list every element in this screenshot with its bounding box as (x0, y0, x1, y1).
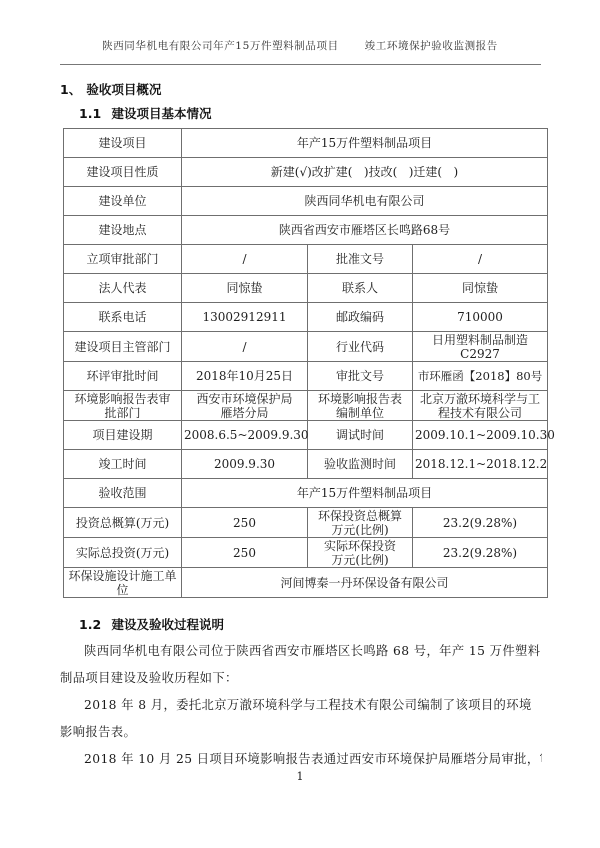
table-row: 建设项目主管部门 / 行业代码 日用塑料制品制造C2927 (64, 332, 548, 362)
subsection-title: 建设项目基本情况 (112, 106, 212, 121)
label-cell: 邮政编码 (308, 303, 413, 332)
label-cell: 投资总概算(万元) (64, 508, 182, 538)
label-cell: 立项审批部门 (64, 245, 182, 274)
section-title: 验收项目概况 (86, 82, 161, 97)
label-cell: 环评审批时间 (64, 362, 182, 391)
subsection-number: 1.1 (79, 106, 101, 121)
label-cell: 实际环保投资万元(比例) (308, 538, 413, 568)
subsection-heading-1-2: 1.2 建设及验收过程说明 (79, 615, 224, 633)
table-row: 环保设施设计施工单位 河间博秦一丹环保设备有限公司 (64, 568, 548, 598)
table-row: 立项审批部门 / 批准文号 / (64, 245, 548, 274)
label-cell: 批准文号 (308, 245, 413, 274)
value-cell: / (413, 245, 548, 274)
table-row: 实际总投资(万元) 250 实际环保投资万元(比例) 23.2(9.28%) (64, 538, 548, 568)
value-cell: 市环雁函【2018】80号 (413, 362, 548, 391)
value-cell: 西安市环境保护局雁塔分局 (182, 391, 308, 421)
label-cell: 环保投资总概算万元(比例) (308, 508, 413, 538)
page-header: 陕西同华机电有限公司年产15万件塑料制品项目竣工环境保护验收监测报告 (60, 38, 540, 62)
header-divider (60, 64, 541, 65)
value-cell: 2009.10.1~2009.10.30 (413, 421, 548, 450)
value-cell: 年产15万件塑料制品项目 (182, 129, 548, 158)
value-cell: 陕西省西安市雁塔区长鸣路68号 (182, 216, 548, 245)
value-cell: 23.2(9.28%) (413, 538, 548, 568)
value-cell: 2018.12.1~2018.12.2 (413, 450, 548, 479)
page-number: 1 (0, 770, 600, 783)
label-cell: 验收范围 (64, 479, 182, 508)
value-cell: / (182, 332, 308, 362)
project-info-table: 建设项目 年产15万件塑料制品项目 建设项目性质 新建(√)改扩建( )技改( … (63, 128, 548, 598)
value-cell: 250 (182, 538, 308, 568)
value-cell: 河间博秦一丹环保设备有限公司 (182, 568, 548, 598)
label-cell: 环境影响报告表审批部门 (64, 391, 182, 421)
table-row: 投资总概算(万元) 250 环保投资总概算万元(比例) 23.2(9.28%) (64, 508, 548, 538)
label-cell: 环保设施设计施工单位 (64, 568, 182, 598)
subsection-title: 建设及验收过程说明 (112, 617, 225, 632)
value-cell: 同惊蛰 (182, 274, 308, 303)
table-row: 法人代表 同惊蛰 联系人 同惊蛰 (64, 274, 548, 303)
table-row: 环境影响报告表审批部门 西安市环境保护局雁塔分局 环境影响报告表编制单位 北京万… (64, 391, 548, 421)
paragraph: 陕西同华机电有限公司位于陕西省西安市雁塔区长鸣路 68 号，年产 15 万件塑料… (60, 638, 542, 692)
table-row: 项目建设期 2008.6.5~2009.9.30 调试时间 2009.10.1~… (64, 421, 548, 450)
table-row: 验收范围 年产15万件塑料制品项目 (64, 479, 548, 508)
label-cell: 审批文号 (308, 362, 413, 391)
section-heading-1: 1、 验收项目概况 (60, 80, 161, 98)
label-cell: 联系电话 (64, 303, 182, 332)
value-cell: 13002912911 (182, 303, 308, 332)
value-cell: 23.2(9.28%) (413, 508, 548, 538)
value-cell: 陕西同华机电有限公司 (182, 187, 548, 216)
label-cell: 建设单位 (64, 187, 182, 216)
label-cell: 行业代码 (308, 332, 413, 362)
label-cell: 建设项目 (64, 129, 182, 158)
paragraph: 2018 年 8 月，委托北京万澈环境科学与工程技术有限公司编制了该项目的环境影… (60, 692, 542, 746)
label-cell: 实际总投资(万元) (64, 538, 182, 568)
value-cell: 2008.6.5~2009.9.30 (182, 421, 308, 450)
value-cell: 2009.9.30 (182, 450, 308, 479)
value-cell: 250 (182, 508, 308, 538)
table-row: 建设项目性质 新建(√)改扩建( )技改( )迁建( ) (64, 158, 548, 187)
section-number: 1、 (60, 80, 82, 98)
header-project-title: 陕西同华机电有限公司年产15万件塑料制品项目 (102, 40, 339, 52)
value-cell: 北京万澈环境科学与工程技术有限公司 (413, 391, 548, 421)
table-row: 竣工时间 2009.9.30 验收监测时间 2018.12.1~2018.12.… (64, 450, 548, 479)
label-cell: 验收监测时间 (308, 450, 413, 479)
label-cell: 法人代表 (64, 274, 182, 303)
label-cell: 建设地点 (64, 216, 182, 245)
label-cell: 调试时间 (308, 421, 413, 450)
table-row: 建设项目 年产15万件塑料制品项目 (64, 129, 548, 158)
table-row: 联系电话 13002912911 邮政编码 710000 (64, 303, 548, 332)
table-row: 建设单位 陕西同华机电有限公司 (64, 187, 548, 216)
subsection-number: 1.2 (79, 617, 101, 632)
value-cell: / (182, 245, 308, 274)
value-cell: 年产15万件塑料制品项目 (182, 479, 548, 508)
value-cell: 新建(√)改扩建( )技改( )迁建( ) (182, 158, 548, 187)
value-cell: 同惊蛰 (413, 274, 548, 303)
table-row: 建设地点 陕西省西安市雁塔区长鸣路68号 (64, 216, 548, 245)
label-cell: 建设项目主管部门 (64, 332, 182, 362)
label-cell: 联系人 (308, 274, 413, 303)
label-cell: 建设项目性质 (64, 158, 182, 187)
header-report-title: 竣工环境保护验收监测报告 (365, 40, 498, 52)
value-cell: 日用塑料制品制造C2927 (413, 332, 548, 362)
label-cell: 项目建设期 (64, 421, 182, 450)
subsection-heading-1-1: 1.1 建设项目基本情况 (79, 104, 212, 122)
label-cell: 竣工时间 (64, 450, 182, 479)
value-cell: 710000 (413, 303, 548, 332)
paragraph: 2018 年 10 月 25 日项目环境影响报告表通过西安市环境保护局雁塔分局审… (60, 746, 542, 773)
value-cell: 2018年10月25日 (182, 362, 308, 391)
table-row: 环评审批时间 2018年10月25日 审批文号 市环雁函【2018】80号 (64, 362, 548, 391)
label-cell: 环境影响报告表编制单位 (308, 391, 413, 421)
